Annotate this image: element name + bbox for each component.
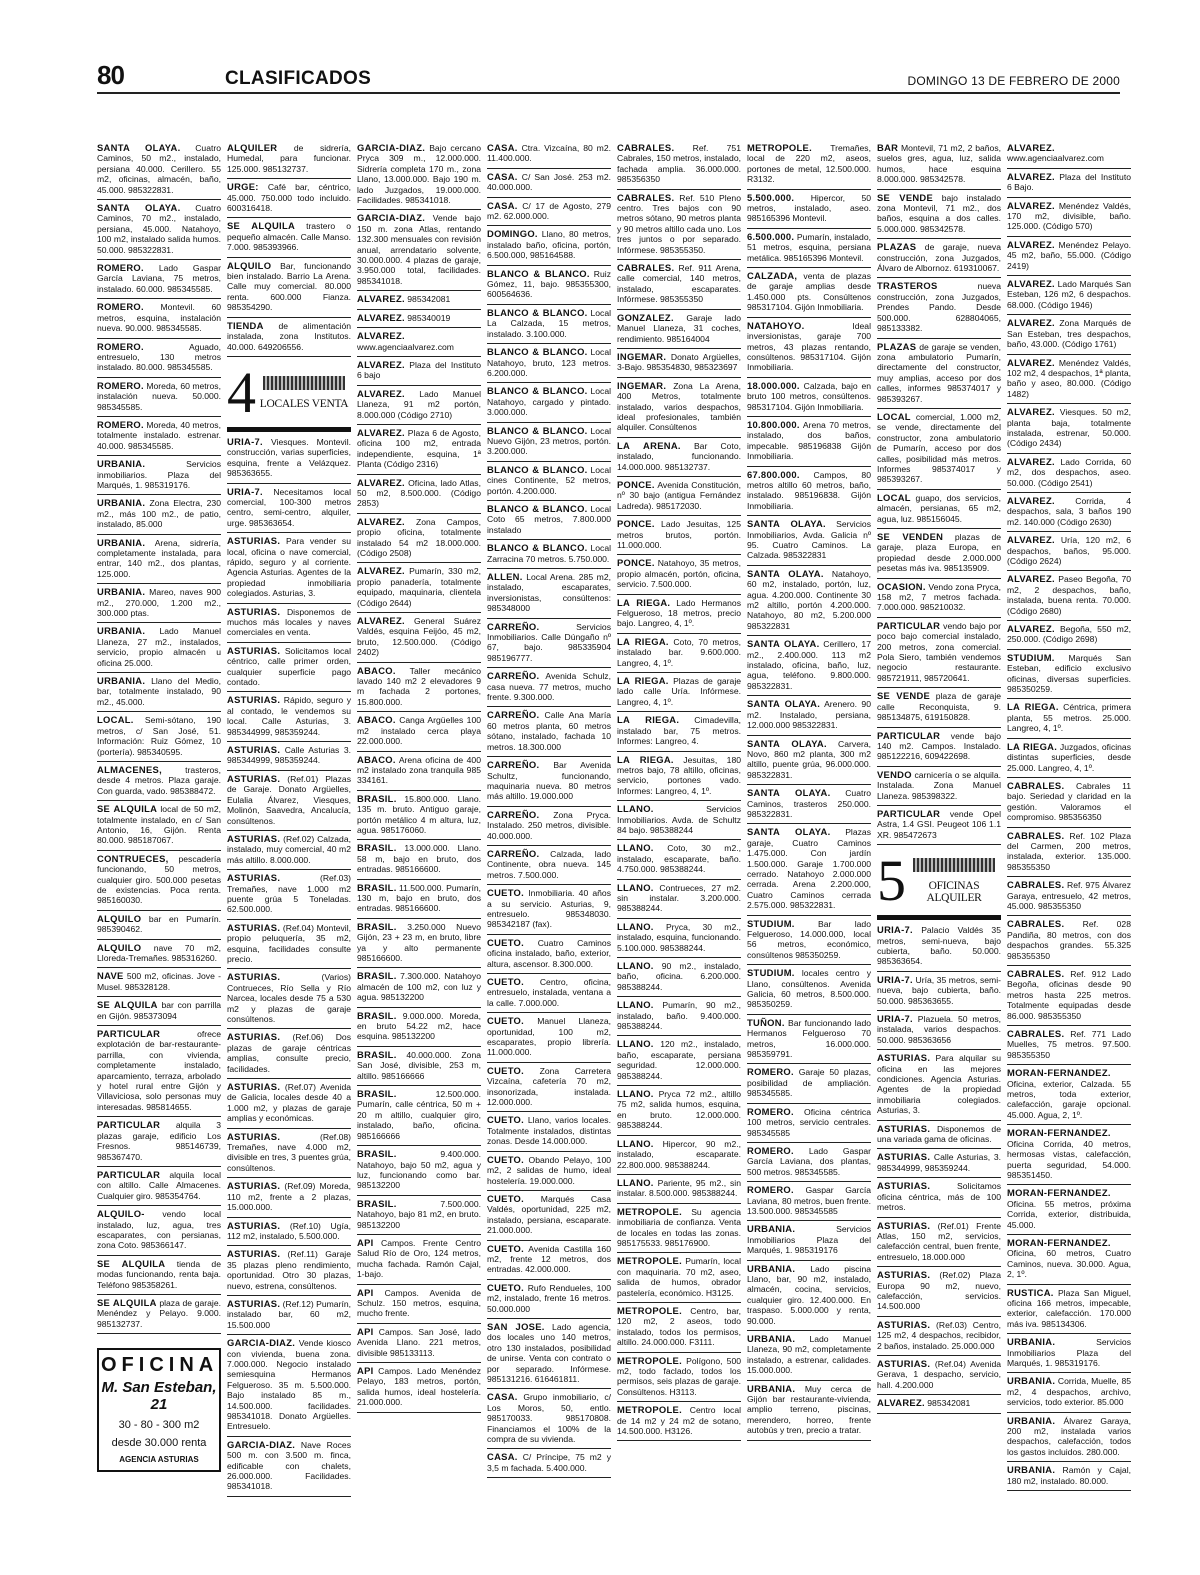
classified-ad: ASTURIAS. Rápido, seguro y al contado, l… [227, 692, 351, 742]
advertiser-name: TIENDA [227, 320, 264, 331]
advertiser-name: LLANO. [617, 921, 654, 932]
classified-ad: METROPOLE. Pumarín, local con maquinaria… [617, 1253, 741, 1303]
classified-ad: API Campos. San José, lado Avenida Llano… [357, 1324, 481, 1363]
classified-ad: INGEMAR. Zona La Arena, 400 Metros, tota… [617, 378, 741, 438]
advertiser-name: ASTURIAS. [227, 606, 280, 617]
advertiser-name: ALVAREZ. [1007, 278, 1055, 289]
classified-ad: URBANIA. Lado piscina Llano, bar, 90 m2,… [747, 1261, 871, 1331]
classified-ad: BLANCO & BLANCO. Local La Calzada, 15 me… [487, 305, 611, 344]
advertiser-name: CASA. [487, 171, 518, 182]
classified-ad: ROMERO. Lado Gaspar García Laviana, 75 m… [97, 260, 221, 299]
classified-ad: ALVAREZ. Zona Marqués de San Esteban, tr… [1007, 315, 1131, 354]
classified-ad: SANTA OLAYA. Arenero. 90 m2. Instalado, … [747, 696, 871, 735]
classified-ad: ASTURIAS. (Ref.03) Centro, 125 m2, 4 des… [877, 1317, 1001, 1356]
classified-ad: ASTURIAS. Para alquilar su oficina en la… [877, 1050, 1001, 1120]
classified-ad: CARREÑO. Avenida Schulz, casa nueva. 77 … [487, 668, 611, 707]
classified-ad: URBANIA. Lado Manuel Llaneza, 90 m2, com… [747, 1331, 871, 1381]
classified-ad: BLANCO & BLANCO. Local Nuevo Gijón, 23 m… [487, 423, 611, 462]
classified-ad: LLANO. Pumarín, 90 m2., instalado, baño.… [617, 997, 741, 1036]
advertiser-name: ALQUILO [97, 942, 141, 953]
advertiser-name: ASTURIAS. [227, 744, 280, 755]
advertiser-name: CABRALES. [1007, 780, 1064, 791]
classified-ad: ALVAREZ. 985340019 [357, 310, 481, 328]
advertiser-name: CASA. [487, 142, 518, 153]
classified-ad: URBANIA. Servicios Inmobiliarios Plaza d… [747, 1221, 871, 1260]
classified-ad: PARTICULAR alquila local con altillo. Ca… [97, 1167, 221, 1206]
advertiser-name: URBANIA. [97, 458, 145, 469]
classified-ad: URBANIA. Álvarez Garaya, 200 m2, instala… [1007, 1413, 1131, 1463]
advertiser-name: URBANIA. [97, 497, 145, 508]
advertiser-name: LA RIEGA. [617, 754, 674, 765]
classified-ad: CABRALES. Ref. 771 Lado Muelles, 75 metr… [1007, 1026, 1131, 1065]
classified-ad: ASTURIAS. (Ref.04) Montevil, propio pelu… [227, 920, 351, 970]
classified-ad: ALVAREZ. 985342081 [357, 291, 481, 309]
advertiser-name: CASA. [487, 200, 518, 211]
promo-title: OFICINAS [101, 1354, 217, 1377]
classified-ad: NATAHOYO. Ideal inversionistas, garaje 7… [747, 318, 871, 378]
classified-ad: CARREÑO. Calle Ana María 60 metros plant… [487, 707, 611, 757]
classified-ad: PARTICULAR vendo bajo por poco bajo come… [877, 618, 1001, 688]
section-banner-graphic [263, 376, 345, 390]
advertiser-name: PLAZAS [877, 241, 916, 252]
classified-ad: API Campos. Lado Menéndez Pelayo, 183 me… [357, 1363, 481, 1413]
advertiser-name: ALLEN. [487, 571, 523, 582]
classified-ad: LOCAL guapo, dos servicios, almacén, per… [877, 490, 1001, 529]
classified-ad: ALVAREZ. www.agenciaalvarez.com [357, 328, 481, 357]
classified-ad: CABRALES. Ref. 028 Pandiña, 80 metros, c… [1007, 916, 1131, 966]
advertiser-name: PLAZAS [877, 341, 916, 352]
classified-ad: BLANCO & BLANCO. Ruiz Gómez, 11, bajo. 9… [487, 266, 611, 305]
advertiser-name: ALVAREZ. [1007, 573, 1055, 584]
classified-ad: URBANIA. Servicios Inmobiliarios Plaza d… [1007, 1334, 1131, 1373]
classified-ad: SANTA OLAYA. Natahoyo, 60 m2, instalado,… [747, 566, 871, 636]
advertiser-name: CUETO. [487, 976, 524, 987]
classified-ad: ASTURIAS. Calle Asturias 3. 985344999, 9… [227, 742, 351, 771]
advertiser-name: CABRALES. [617, 192, 674, 203]
classified-ad: SANTA OLAYA. Servicios Inmobiliarios, Av… [747, 516, 871, 566]
advertiser-name: CUETO. [487, 937, 524, 948]
classified-ad: LLANO. Coto, 30 m2., instalado, escapara… [617, 840, 741, 879]
classified-ad: SE VENDEN plazas de garaje, plaza Europa… [877, 529, 1001, 579]
advertiser-name: METROPOLE. [747, 142, 812, 153]
advertiser-name: STUDIUM. [747, 918, 795, 929]
advertiser-name: CASA. [487, 1391, 518, 1402]
advertiser-name: ROMERO. [747, 1066, 794, 1077]
classified-ad: ROMERO. Garaje 50 plazas, posibilidad de… [747, 1064, 871, 1103]
classified-ad: SE VENDE bajo instalado zona Montevil, 7… [877, 190, 1001, 240]
advertiser-name: SE VENDEN [877, 531, 943, 542]
classified-ad: ALVAREZ. Menéndez Pelayo. 45 m2, baño, 5… [1007, 237, 1131, 276]
classified-ad: PONCE. Avenida Constitución, nº 30 bajo … [617, 477, 741, 516]
advertiser-name: URBANIA. [97, 625, 145, 636]
advertiser-name: SANTA OLAYA. [747, 826, 830, 837]
advertiser-name: LA ARENA. [617, 440, 681, 451]
advertiser-name: SE ALQUILA [97, 1297, 157, 1308]
classified-ad: ALVAREZ. Plaza del Instituto 6 Bajo. [1007, 169, 1131, 198]
advertiser-name: ASTURIAS. [877, 1220, 930, 1231]
advertiser-name: SE ALQUILA [97, 999, 158, 1010]
column-8: ALVAREZ. www.agenciaalvarez.comALVAREZ. … [1007, 140, 1131, 1560]
advertiser-name: SE VENDE [877, 690, 930, 701]
advertiser-name: MORAN-FERNANDEZ. [1007, 1127, 1111, 1138]
classified-ad: PARTICULAR vende Opel Astra, 1.4 GSI. Pe… [877, 806, 1001, 845]
advertiser-name: METROPOLE. [617, 1305, 682, 1316]
advertiser-name: METROPOLE. [617, 1255, 682, 1266]
classified-ad: SE ALQUILA bar con parrilla en Gijón. 98… [97, 997, 221, 1026]
advertiser-name: NAVE [97, 970, 124, 981]
ad-text: Oficina, exterior, Calzada. 55 metros, t… [1007, 1079, 1131, 1120]
classified-ad: METROPOLE. Centro local de 14 m2 y 24 m2… [617, 1402, 741, 1441]
advertiser-name: URBANIA. [747, 1333, 795, 1344]
classified-ad: OCASION. Vendo zona Pryca, 158 m2, 7 met… [877, 579, 1001, 618]
page-number: 80 [97, 60, 124, 91]
advertiser-name: ALMACENES, [97, 764, 162, 775]
section-banner-graphic [913, 858, 995, 872]
classified-ad: ALVAREZ. Uría, 120 m2, 6 despachos, baño… [1007, 532, 1131, 571]
classified-ad: URBANIA. Arena, sidrería, completamente … [97, 535, 221, 585]
classified-ad: CABRALES. Ref. 975 Álvarez Garaya, entre… [1007, 877, 1131, 916]
classified-ad: CUETO. Inmobiliaria. 40 años a su servic… [487, 885, 611, 935]
advertiser-name: SANTA OLAYA. [747, 787, 830, 798]
classified-ad: LOCAL comercial, 1.000 m2, se vende, dir… [877, 409, 1001, 490]
advertiser-name: ALVAREZ. [357, 615, 405, 626]
advertiser-name: ROMERO. [97, 341, 144, 352]
advertiser-name: CASA. [487, 1451, 518, 1462]
advertiser-name: ALVAREZ. [1007, 200, 1055, 211]
advertiser-name: BAR [877, 142, 898, 153]
advertiser-name: ASTURIAS. [877, 1151, 930, 1162]
classified-ad: SE ALQUILA tienda de modas funcionando, … [97, 1256, 221, 1295]
advertiser-name: ALQUILO- [97, 1208, 145, 1219]
advertiser-name: CARREÑO. [487, 809, 539, 820]
classified-ad: NAVE 500 m2, oficinas. Jove - Musel. 985… [97, 968, 221, 997]
advertiser-name: LLANO. [617, 1177, 654, 1188]
advertiser-name: SE ALQUILA [97, 803, 157, 814]
advertiser-name: CUETO. [487, 1243, 524, 1254]
classified-ad: ALVAREZ. Paseo Begoña, 70 m2, 2 despacho… [1007, 571, 1131, 621]
classified-ad: ALVAREZ. Viesques. 50 m2, planta baja, t… [1007, 404, 1131, 454]
advertiser-name: LA RIEGA. [1007, 741, 1057, 752]
advertiser-name: ALVAREZ. [357, 388, 405, 399]
classified-ad: SE ALQUILA plaza de garaje. Menéndez y P… [97, 1295, 221, 1334]
advertiser-name: CABRALES. [617, 142, 674, 153]
classified-ad: ASTURIAS. Disponemos de muchos más local… [227, 604, 351, 643]
advertiser-name: ALVAREZ. [1007, 495, 1055, 506]
classified-ad: ALVAREZ. Plaza del Instituto 6 bajo [357, 357, 481, 386]
classified-ad: LLANO. Pryca 72 m2., altillo 75 m2, sali… [617, 1086, 741, 1136]
classified-ad: LLANO. 90 m2., instalado, baño, oficina.… [617, 958, 741, 997]
classified-ad: URBANIA. Muy cerca de Gijón bar restaura… [747, 1381, 871, 1441]
classified-ad: ALVAREZ. Begoña, 550 m2, 250.000. (Códig… [1007, 621, 1131, 650]
advertiser-name: ASTURIAS. [877, 1180, 930, 1191]
classified-ad: ALQUILER de sidrería, Humedal, para func… [227, 140, 351, 179]
classified-ad: ALVAREZ. Menéndez Valdés, 170 m2, divisi… [1007, 198, 1131, 237]
advertiser-name: ALVAREZ. [357, 293, 405, 304]
column-5: CABRALES. Ref. 751 Cabrales, 150 metros,… [617, 140, 741, 1560]
advertiser-name: LLANO. [617, 1138, 654, 1149]
ad-text: Plazas garaje, Cuatro Caminos 1.475.000.… [747, 827, 871, 910]
advertiser-name: BLANCO & BLANCO. [487, 503, 588, 514]
advertiser-name: LA RIEGA. [617, 636, 669, 647]
advertiser-name: API [357, 1365, 374, 1376]
classified-ad: ALVAREZ. Lado Corrida, 60 m2, dos despac… [1007, 454, 1131, 493]
classified-ad: SANTA OLAYA. Cuatro Caminos, 70 m2., ins… [97, 200, 221, 260]
classified-ad: SANTA OLAYA. Cuatro Caminos, trasteros 2… [747, 785, 871, 824]
advertiser-name: URIA-7. [877, 974, 913, 985]
advertiser-name: ALVAREZ. [357, 330, 405, 341]
advertiser-name: BRASIL. [357, 1049, 397, 1060]
advertiser-name: API [357, 1287, 374, 1298]
classified-ad: SE VENDE plaza de garaje calle Reconquis… [877, 688, 1001, 727]
classified-ad: URGE: Café bar, céntrico, 45.000. 750.00… [227, 179, 351, 218]
advertiser-name: LA RIEGA. [617, 597, 670, 608]
classified-ad: CASA. C/ San José. 253 m2. 40.000.000. [487, 169, 611, 198]
advertiser-name: LLANO. [617, 999, 654, 1010]
advertiser-name: ABACO. [357, 754, 396, 765]
advertiser-name: ALVAREZ. [1007, 406, 1055, 417]
classified-ad: CASA. C/ 17 de Agosto, 279 m2. 62.000.00… [487, 198, 611, 227]
advertiser-name: LOCAL. [97, 714, 134, 725]
classified-ad: DOMINGO. Llano, 80 metros, instalado bañ… [487, 226, 611, 265]
classified-ad: URBANIA. Corrida, Muelle, 85 m2, 4 despa… [1007, 1373, 1131, 1412]
classified-ad: BLANCO & BLANCO. Local Zarracina 70 metr… [487, 540, 611, 569]
promo-address: M. San Esteban, 21 [101, 1379, 217, 1413]
advertiser-name: ALVAREZ. [357, 516, 405, 527]
advertiser-name: BLANCO & BLANCO. [487, 268, 590, 279]
advertiser-name: API [357, 1326, 374, 1337]
column-1: SANTA OLAYA. Cuatro Caminos, 50 m2., ins… [97, 140, 221, 1560]
classified-ad: SANTA OLAYA. Carvera, Novo, 860 m2 plant… [747, 736, 871, 786]
classified-ad: CUETO. Cuatro Caminos oficina instalado,… [487, 935, 611, 974]
classified-ad: URIA-7. Necesitamos local comercial, 100… [227, 484, 351, 534]
classified-ad: URIA-7. Viesques. Montevil. construcción… [227, 434, 351, 484]
classified-ad: CUETO. Avenida Castilla 160 m2, frente 1… [487, 1241, 611, 1280]
ad-text: Campos. Avenida de Schulz. 150 metros, e… [357, 1288, 481, 1319]
advertiser-name: STUDIUM. [1007, 652, 1055, 663]
classified-ad: BRASIL. 7.300.000. Natahoyo almacén de 1… [357, 968, 481, 1007]
classified-ad: LOCAL. Semi-sótano, 190 metros, c/ San J… [97, 712, 221, 762]
classified-ad: BRASIL. 3.250.000 Nuevo Gijón, 23 + 23 m… [357, 919, 481, 969]
advertiser-name: BRASIL. [357, 793, 397, 804]
classified-ad: CONTRUECES, pescadería funcionando, 50 m… [97, 851, 221, 911]
advertiser-name: SE ALQUILA [97, 1258, 165, 1269]
advertiser-name: PARTICULAR [877, 620, 940, 631]
classified-ad: CUETO. Marqués Casa Valdés, oportunidad,… [487, 1191, 611, 1241]
classified-ad: PARTICULAR alquila 3 plazas garaje, edif… [97, 1117, 221, 1167]
classified-ad: ASTURIAS. (Ref.06) Dos plazas de garaje … [227, 1029, 351, 1079]
column-2: ALQUILER de sidrería, Humedal, para func… [227, 140, 351, 1560]
classified-ad: ALQUILO Bar, funcionando bien instalado.… [227, 258, 351, 318]
advertiser-name: CABRALES. [1007, 1028, 1064, 1039]
page-header: 80 CLASIFICADOS DOMINGO 13 DE FEBRERO DE… [97, 66, 1120, 94]
classified-ad: LLANO. Servicios Inmobiliarios. Avda. de… [617, 801, 741, 840]
promo-box-oficinas: OFICINAS M. San Esteban, 21 30 - 80 - 30… [97, 1348, 221, 1472]
classified-ad: BRASIL. 15.800.000. Llano. 135 m. bruto.… [357, 791, 481, 841]
ad-text: 985342081 [407, 294, 450, 304]
advertiser-name: ASTURIAS. [877, 1319, 930, 1330]
classified-ad: MORAN-FERNANDEZ. Oficina. 55 metros, pró… [1007, 1185, 1131, 1235]
advertiser-name: PARTICULAR [97, 1119, 160, 1130]
advertiser-name: ALVAREZ. [1007, 239, 1055, 250]
ad-text: comercial, 1.000 m2, se vende, directame… [877, 412, 1001, 484]
advertiser-name: URBANIA. [747, 1383, 795, 1394]
advertiser-name: BLANCO & BLANCO. [487, 542, 588, 553]
advertiser-name: URBANIA. [97, 586, 145, 597]
promo-sizes: 30 - 80 - 300 m2 [101, 1419, 217, 1431]
advertiser-name: METROPOLE. [617, 1206, 682, 1217]
advertiser-name: PONCE. [617, 557, 655, 568]
advertiser-name: CARREÑO. [487, 759, 539, 770]
advertiser-name: ABACO. [357, 665, 396, 676]
advertiser-name: PONCE. [617, 479, 655, 490]
advertiser-name: LLANO. [617, 1088, 654, 1099]
classified-ad: ASTURIAS. (Ref.08) Tremañes, nave 4.000 … [227, 1129, 351, 1179]
classified-ad: ASTURIAS. (Ref.11) Garaje 35 plazas plen… [227, 1246, 351, 1296]
classified-ad: URIA-7. Uría, 35 metros, semi-nueva, baj… [877, 972, 1001, 1011]
advertiser-name: ASTURIAS. [227, 1298, 280, 1309]
classified-ad: ASTURIAS. Para vender su local, oficina … [227, 533, 351, 603]
classified-ad: URBANIA. Mareo, naves 900 m2., 270.000, … [97, 584, 221, 623]
classified-ad: SE ALQUILA local de 50 m2, totalmente in… [97, 801, 221, 851]
classified-ad: PONCE. Lado Jesuitas, 125 metros brutos,… [617, 516, 741, 555]
advertiser-name: ALVAREZ. [1007, 317, 1055, 328]
classified-ad: TUÑON. Bar funcionando lado Hermanos Fel… [747, 1015, 871, 1065]
advertiser-name: BRASIL. [357, 842, 397, 853]
advertiser-name: ROMERO. [97, 262, 144, 273]
classified-ad: TRASTEROS nueva construcción, zona Juzga… [877, 278, 1001, 338]
classified-ad: CABRALES. Ref. 912 Lado Begoña, oficinas… [1007, 966, 1131, 1026]
advertiser-name: CALZADA, [747, 270, 797, 281]
classified-ad: SANTA OLAYA. Plazas garaje, Cuatro Camin… [747, 824, 871, 915]
classified-ad: BLANCO & BLANCO. Local Natahoyo, bruto, … [487, 344, 611, 383]
advertiser-name: CUETO. [487, 1193, 524, 1204]
column-7: BAR Montevil, 71 m2, 2 baños, suelos gre… [877, 140, 1001, 1560]
classified-ad: GONZALEZ. Garaje lado Manuel Llaneza, 31… [617, 310, 741, 349]
advertiser-name: TRASTEROS [877, 280, 938, 291]
classified-ad: CABRALES. Cabrales 11 bajo. Seriedad y c… [1007, 778, 1131, 828]
section-number: 4 [227, 365, 257, 421]
advertiser-name: GARCIA-DIAZ. [227, 1439, 295, 1450]
advertiser-name: ALVAREZ. [1007, 142, 1055, 153]
classified-ad: URBANIA. Ramón y Cajal, 180 m2, instalad… [1007, 1462, 1131, 1491]
classified-ad: ASTURIAS. Disponemos de una variada gama… [877, 1121, 1001, 1150]
advertiser-name: CARREÑO. [487, 621, 539, 632]
advertiser-name: URIA-7. [227, 436, 263, 447]
classified-ad: LLANO. Pryca, 30 m2., instalado, esquina… [617, 919, 741, 958]
classified-ad: CASA. Grupo inmobiliario, c/ Los Moros, … [487, 1389, 611, 1449]
classified-ad: ALVAREZ. www.agenciaalvarez.com [1007, 140, 1131, 169]
advertiser-name: BRASIL. [357, 1198, 397, 1209]
advertiser-name: ALVAREZ. [357, 477, 405, 488]
advertiser-name: SANTA OLAYA. [747, 698, 820, 709]
advertiser-name: SANTA OLAYA. [97, 202, 180, 213]
classified-ad: LA RIEGA. Cimadevilla, instalado bar, 75… [617, 712, 741, 751]
classified-ad: SANTA OLAYA. Cuatro Caminos, 50 m2., ins… [97, 140, 221, 200]
classified-ad: GARCIA-DIAZ. Vende kiosco con vivienda, … [227, 1335, 351, 1437]
classified-ad: LLANO. 120 m2., instalado, baño, escapar… [617, 1036, 741, 1086]
classified-ad: CUETO. Manuel Llaneza, oportunidad, 100 … [487, 1013, 611, 1063]
advertiser-name: 67.800.000. [747, 469, 800, 480]
classified-ad: CUETO. Llano, varios locales. Totalmente… [487, 1112, 611, 1151]
advertiser-name: ROMERO. [747, 1145, 794, 1156]
classified-ad: ALMACENES, trasteros, desde 4 metros. Pl… [97, 762, 221, 801]
advertiser-name: ASTURIAS. [227, 922, 280, 933]
classified-ad: ROMERO. Moreda, 60 metros, instalación n… [97, 378, 221, 417]
classified-ad: LLANO. Contrueces, 27 m2. sin instalar. … [617, 880, 741, 919]
classified-ad: ALLEN. Local Arena. 285 m2, instalado, e… [487, 569, 611, 619]
column-6: METROPOLE. Tremañes, local de 220 m2, as… [747, 140, 871, 1560]
classified-ad: CALZADA, venta de plazas de garaje ampli… [747, 268, 871, 318]
classified-ad: ALQUILO- vendo local instalado, luz, agu… [97, 1206, 221, 1256]
section-header: 5 OFICINAS ALQUILER [877, 845, 1001, 920]
advertiser-name: BRASIL. [357, 1088, 397, 1099]
advertiser-name: ASTURIAS. [227, 872, 280, 883]
classified-ad: ABACO. Canga Argüelles 100 m2 instalado … [357, 712, 481, 751]
ad-text: www.agenciaalvarez.com [1007, 153, 1104, 163]
advertiser-name: ASTURIAS. [227, 1131, 280, 1142]
section-title: CLASIFICADOS [225, 68, 371, 90]
advertiser-name: NATAHOYO. [747, 320, 805, 331]
classified-ad: URBANIA. Lado Manuel Llaneza, 27 m2., in… [97, 623, 221, 673]
advertiser-name: BRASIL. [357, 1010, 397, 1021]
advertiser-name: ALVAREZ. [1007, 171, 1055, 182]
advertiser-name: ASTURIAS. [227, 694, 280, 705]
advertiser-name: CABRALES. [1007, 830, 1064, 841]
classified-ad: BRASIL. 9.000.000. Moreda, en bruto 54.2… [357, 1008, 481, 1047]
advertiser-name: CONTRUECES, [97, 853, 169, 864]
classified-ad: ALVAREZ. Lado Marqués San Esteban, 126 m… [1007, 276, 1131, 315]
ad-text: Vende kiosco con vivienda, buena zona. 7… [227, 1338, 351, 1431]
advertiser-name: ROMERO. [97, 301, 144, 312]
classified-ad: CASA. C/ Príncipe, 75 m2 y 3,5 m fachada… [487, 1449, 611, 1478]
classified-ad: ROMERO. Gaspar García Laviana, 80 metros… [747, 1182, 871, 1221]
advertiser-name: URIA-7. [877, 1013, 913, 1024]
classified-ad: 6.500.000. Pumarín, instalado, 51 metros… [747, 229, 871, 268]
advertiser-name: 18.000.000. [747, 380, 800, 391]
promo-agency: AGENCIA ASTURIAS [101, 1455, 217, 1464]
advertiser-name: BRASIL. [357, 921, 397, 932]
advertiser-name: GONZALEZ. [617, 312, 674, 323]
advertiser-name: METROPOLE. [617, 1355, 682, 1366]
advertiser-name: GARCIA-DIAZ. [357, 142, 425, 153]
advertiser-name: ALVAREZ. [1007, 534, 1055, 545]
advertiser-name: URBANIA. [1007, 1464, 1055, 1475]
classified-ad: URBANIA. Servicios inmobiliarios. Plaza … [97, 456, 221, 495]
classified-ad: ASTURIAS. (Ref.10) Ugía, 112 m2, instala… [227, 1218, 351, 1247]
advertiser-name: BLANCO & BLANCO. [487, 346, 588, 357]
ad-text: Oficina, 60 metros, Cuatro Caminos, nuev… [1007, 1248, 1131, 1279]
classified-ad: ROMERO. Moreda, 40 metros, totalmente in… [97, 417, 221, 456]
advertiser-name: ASTURIAS. [877, 1123, 930, 1134]
advertiser-name: SE VENDE [877, 192, 933, 203]
classified-ad: GARCIA-DIAZ. Vende bajo 150 m. zona Atla… [357, 210, 481, 291]
classified-ad: ROMERO. Montevil. 60 metros, esquina, in… [97, 299, 221, 338]
classified-ad: LA RIEGA. Céntrica, primera planta, 55 m… [1007, 699, 1131, 738]
section-number: 5 [877, 853, 907, 909]
advertiser-name: SE ALQUILA [227, 220, 295, 231]
ad-text: Campos. San José, lado Avenida Llano. 22… [357, 1327, 481, 1358]
classified-ad: PLAZAS de garaje, nueva construcción, zo… [877, 239, 1001, 278]
classified-ad: STUDIUM. locales centro y Llano, consúlt… [747, 965, 871, 1015]
advertiser-name: ALVAREZ. [1007, 623, 1055, 634]
classified-ad: ASTURIAS. (Ref.02) Calzada, instalado, m… [227, 831, 351, 870]
classified-ad: URBANIA. Zona Electra, 230 m2., más 100 … [97, 495, 221, 534]
classified-ad: API Campos. Frente Centro Salud Río de O… [357, 1235, 481, 1285]
advertiser-name: LLANO. [617, 882, 654, 893]
advertiser-name: ALQUILO [97, 913, 141, 924]
classified-ad: ALVAREZ. Plaza 6 de Agosto, oficina 100 … [357, 425, 481, 475]
classified-ad: LA RIEGA. Plazas de garaje lado calle Ur… [617, 673, 741, 712]
